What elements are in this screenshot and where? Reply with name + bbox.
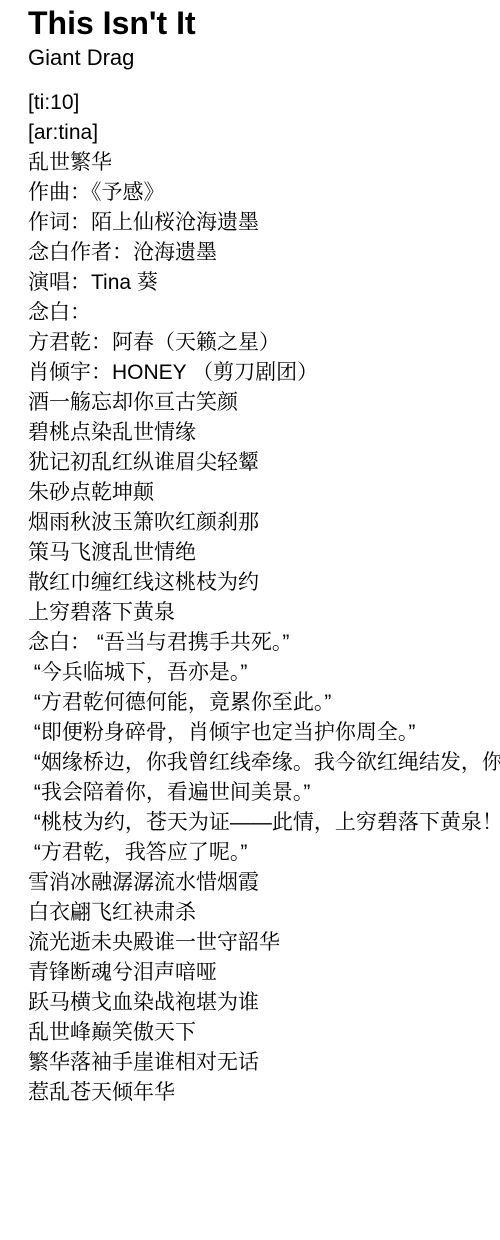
lyric-line: 繁华落袖手崖谁相对无话: [28, 1048, 500, 1078]
lyric-line: “我会陪着你，看遍世间美景。”: [28, 778, 500, 808]
lyric-line: “方君乾何德何能，竟累你至此。”: [28, 688, 500, 718]
lyric-line: 作曲：《予感》: [28, 178, 500, 208]
lyric-line: 念白作者：沧海遗墨: [28, 238, 500, 268]
lyric-line: 策马飞渡乱世情绝: [28, 538, 500, 568]
lyric-line: 青锋断魂兮泪声喑哑: [28, 958, 500, 988]
lyric-line: “姻缘桥边，你我曾红线牵缘。我今欲红绳结发，你可: [28, 748, 500, 778]
lyric-line: 念白：: [28, 298, 500, 328]
lyric-line: 上穷碧落下黄泉: [28, 598, 500, 628]
lyric-line: “方君乾，我答应了呢。”: [28, 838, 500, 868]
lyric-line: 乱世繁华: [28, 148, 500, 178]
lyric-line: 跃马横戈血染战袍堪为谁: [28, 988, 500, 1018]
lyric-line: 肖倾宇：HONEY （剪刀剧团）: [28, 358, 500, 388]
lyric-line: 惹乱苍天倾年华: [28, 1078, 500, 1108]
lyrics-page: This Isn't It Giant Drag [ti:10][ar:tina…: [0, 0, 500, 1240]
lyric-line: 犹记初乱红纵谁眉尖轻颦: [28, 448, 500, 478]
lyric-line: [ti:10]: [28, 88, 500, 118]
lyric-line: “即便粉身碎骨，肖倾宇也定当护你周全。”: [28, 718, 500, 748]
lyrics-body: [ti:10][ar:tina]乱世繁华作曲：《予感》作词：陌上仙桜沧海遗墨念白…: [28, 88, 500, 1108]
lyric-line: 散红巾缠红线这桃枝为约: [28, 568, 500, 598]
lyric-line: “今兵临城下，吾亦是。”: [28, 658, 500, 688]
lyric-line: 流光逝未央殿谁一世守韶华: [28, 928, 500, 958]
lyric-line: 念白： “吾当与君携手共死。”: [28, 628, 500, 658]
lyric-line: 酒一觞忘却你亘古笑颜: [28, 388, 500, 418]
lyric-line: 演唱：Tina 葵: [28, 268, 500, 298]
song-title: This Isn't It: [28, 4, 500, 42]
artist-name: Giant Drag: [28, 44, 500, 71]
lyric-line: 雪消冰融潺潺流水惜烟霞: [28, 868, 500, 898]
lyric-line: 方君乾：阿春（天籁之星）: [28, 328, 500, 358]
lyric-line: 碧桃点染乱世情缘: [28, 418, 500, 448]
lyric-line: 作词：陌上仙桜沧海遗墨: [28, 208, 500, 238]
lyric-line: “桃枝为约，苍天为证——此情，上穷碧落下黄泉！”: [28, 808, 500, 838]
lyric-line: 乱世峰巅笑傲天下: [28, 1018, 500, 1048]
lyric-line: 烟雨秋波玉箫吹红颜刹那: [28, 508, 500, 538]
lyric-line: 朱砂点乾坤颠: [28, 478, 500, 508]
lyric-line: [ar:tina]: [28, 118, 500, 148]
lyric-line: 白衣翩飞红袂肃杀: [28, 898, 500, 928]
